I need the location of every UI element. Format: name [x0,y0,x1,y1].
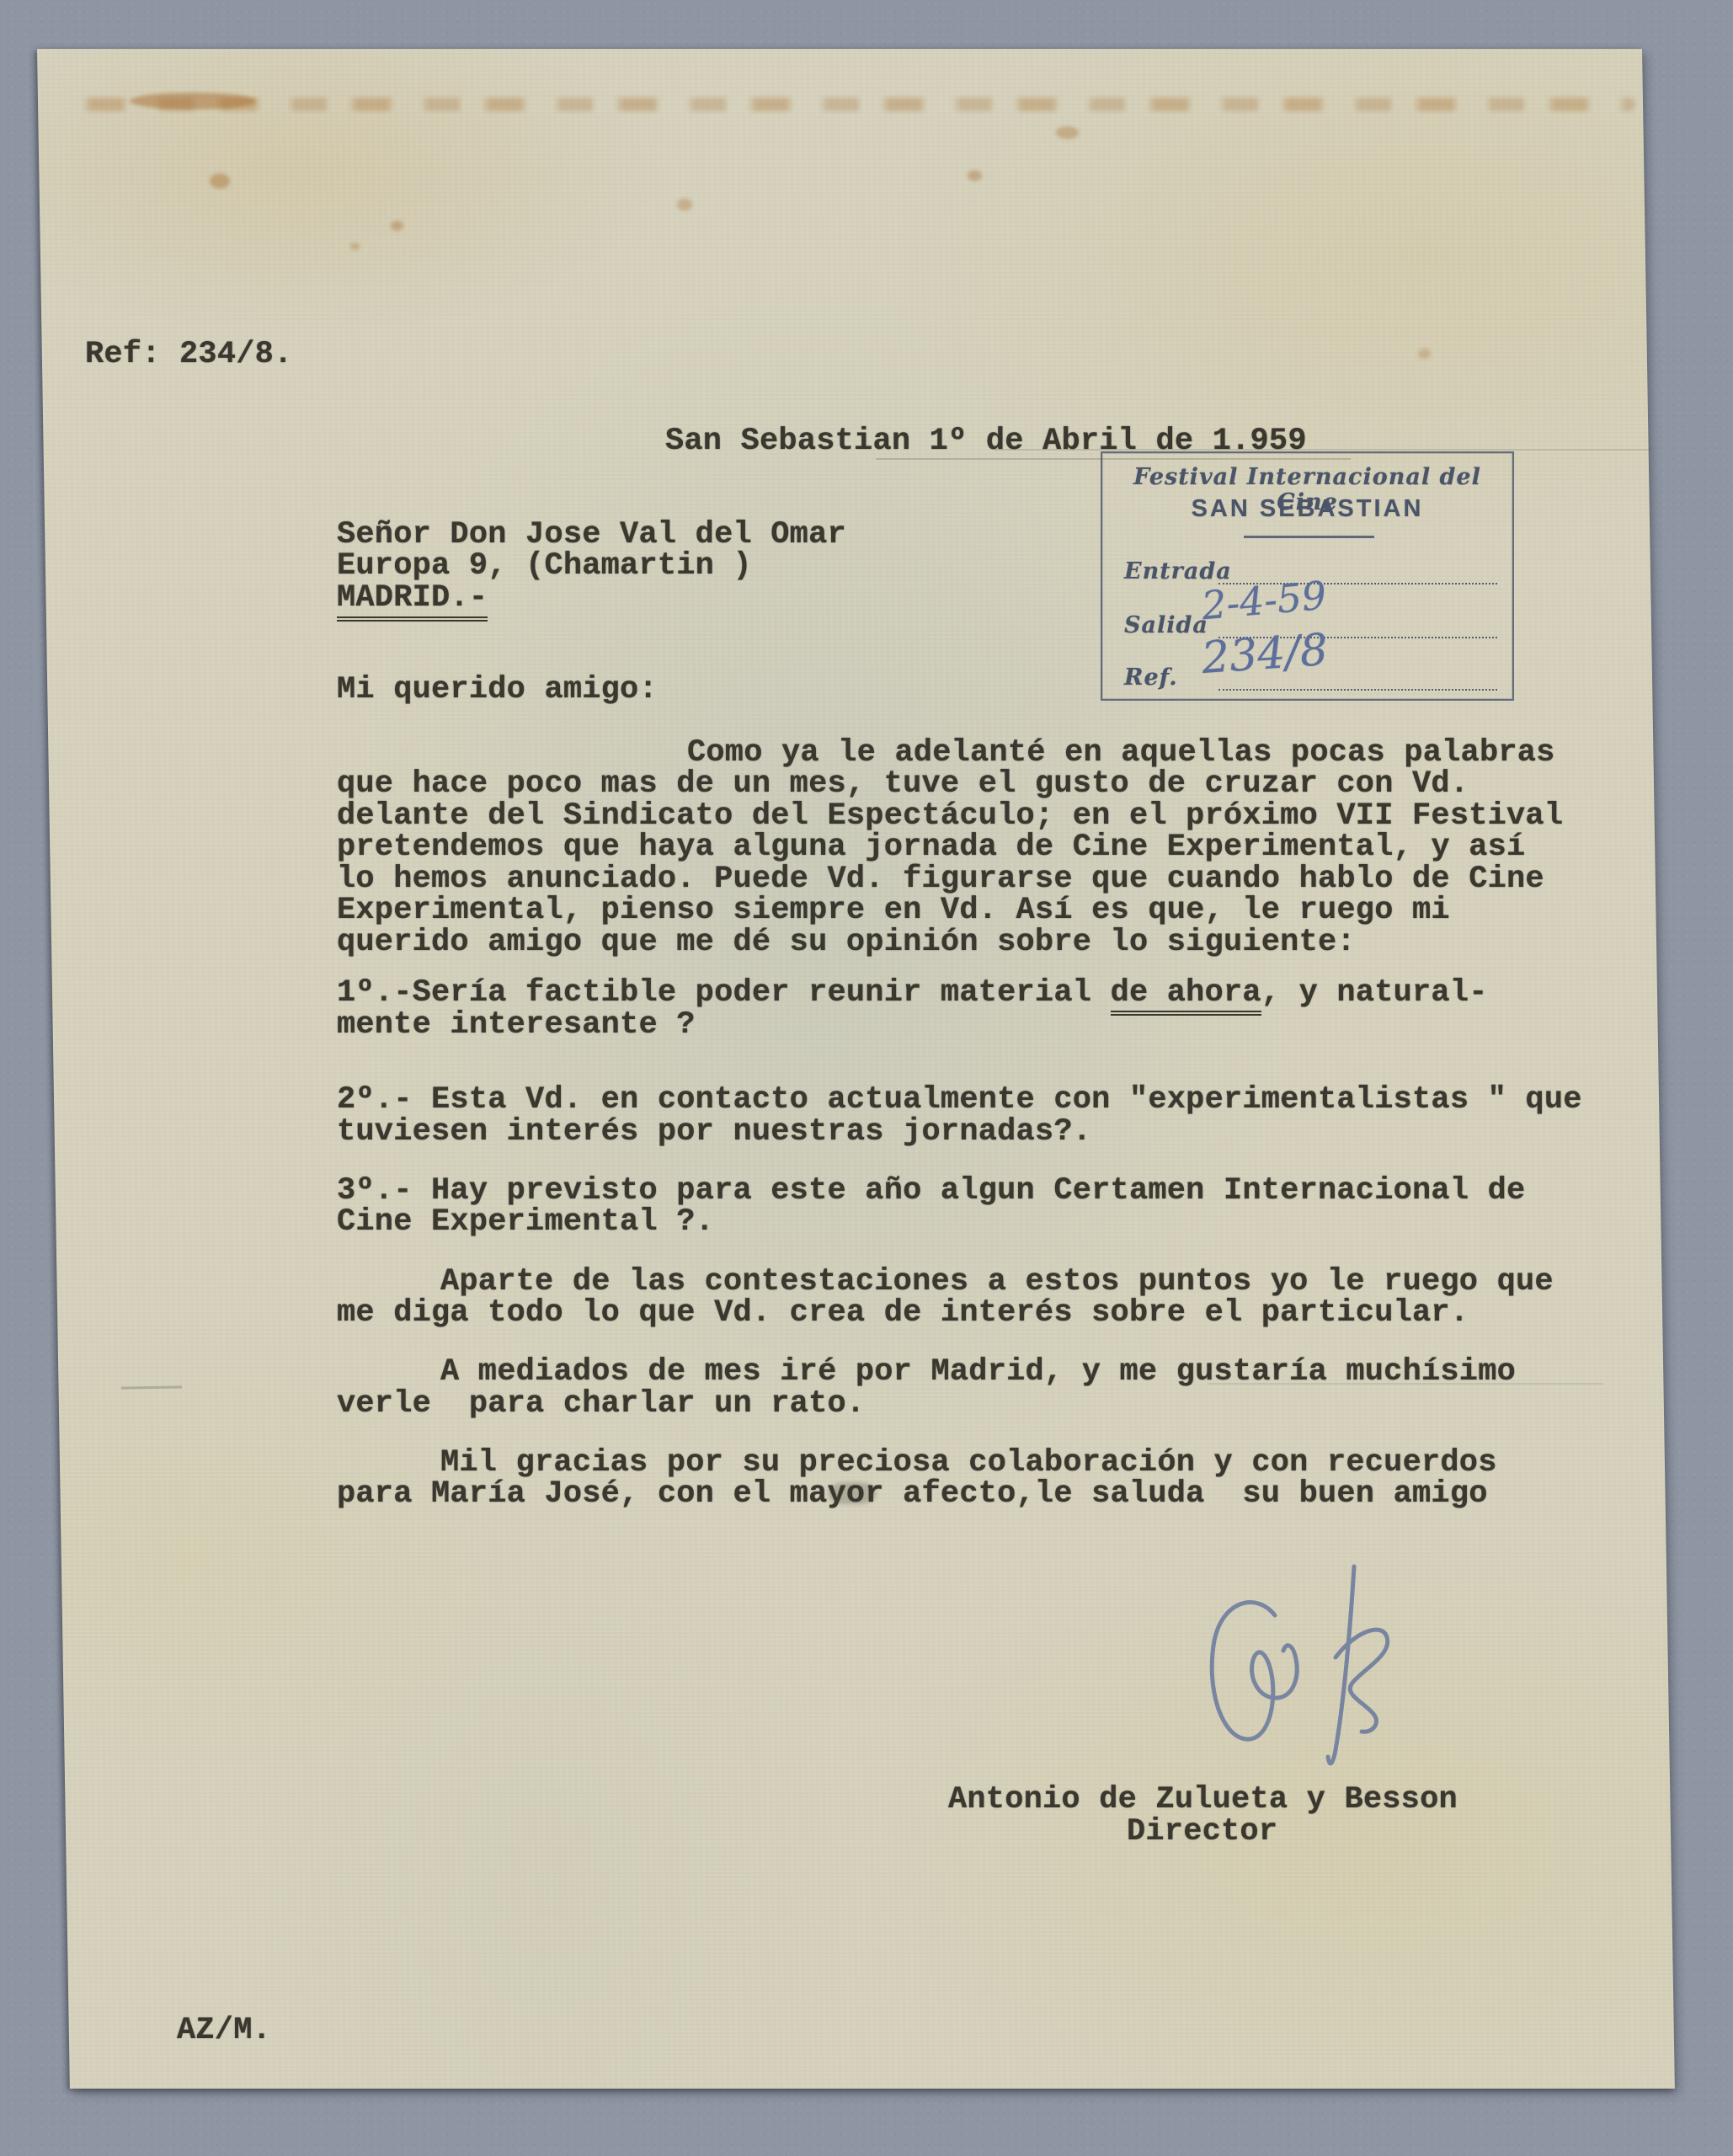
letter-content: Ref: 234/8. San Sebastian 1º de Abril de… [37,49,1642,2089]
letter-scan: { "colors": { "mat_background": "#8f96a3… [0,0,1733,2156]
reference-line: Ref: 234/8. [85,339,292,371]
signer-name: Antonio de Zulueta y Besson [948,1784,1458,1816]
rust-stain-band [61,98,1635,111]
body-line: lo hemos anunciado. Puede Vd. figurarse … [337,863,1544,895]
item1-line2: mente interesante ? [337,1009,696,1041]
body-line: Experimental, pienso siempre en Vd. Así … [337,894,1450,926]
body-line: para María José, con el mayor afecto,le … [337,1478,1488,1510]
item1-line1: 1º.-Sería factible poder reunir material… [337,977,1488,1009]
salutation: Mi querido amigo: [337,674,658,706]
recipient-city: MADRID.- [337,582,488,614]
body-line: me diga todo lo que Vd. crea de interés … [337,1297,1469,1329]
stain-spot [210,173,230,189]
stamp-field-label: Ref. [1124,665,1178,691]
body-line: que hace poco mas de un mes, tuve el gus… [337,768,1469,800]
stain-spot [391,221,403,231]
item1-underlined-text: de ahora [1111,975,1261,1016]
stamp-divider [1244,536,1374,538]
recipient-city-underlined: MADRID.- [337,580,488,622]
item3-line2: Cine Experimental ?. [337,1206,714,1238]
handwritten-salida-date: 2-4-59 [1200,576,1328,626]
body-line: Como ya le adelanté en aquellas pocas pa… [687,737,1555,769]
item2-line1: 2º.- Esta Vd. en contacto actualmente co… [337,1084,1582,1116]
pencil-dash [121,1385,182,1389]
stamp-field-label: Entrada [1124,559,1232,584]
handwritten-ref-number: 234/8 [1201,631,1330,678]
body-line: verle para charlar un rato. [337,1388,865,1420]
signer-title: Director [1127,1816,1277,1848]
body-line: A mediados de mes iré por Madrid, y me g… [440,1356,1516,1388]
recipient-line: Europa 9, (Chamartin ) [337,550,752,582]
stain-spot [130,93,256,109]
stain-spot [677,199,692,211]
stamp-field-label: Salida [1124,613,1208,638]
item1-text: , y natural- [1261,975,1488,1011]
registry-stamp: Festival Internacional del Cine SAN SEBA… [1101,451,1514,701]
recipient-line: Señor Don Jose Val del Omar [337,519,846,551]
body-line: delante del Sindicato del Espectáculo; e… [337,800,1563,832]
stamp-city: SAN SEBASTIAN [1102,495,1512,522]
stain-spot [968,170,982,181]
stamp-field-line [1218,689,1497,691]
item3-line1: 3º.- Hay previsto para este año algun Ce… [337,1175,1525,1207]
body-line: pretendemos que haya alguna jornada de C… [337,831,1525,863]
body-line: Aparte de las contestaciones a estos pun… [440,1266,1554,1298]
item2-line2: tuviesen interés por nuestras jornadas?. [337,1116,1091,1148]
body-line: querido amigo que me dé su opinión sobre… [337,926,1356,958]
body-line: Mil gracias por su preciosa colaboración… [440,1447,1497,1479]
stain-spot [1056,126,1079,139]
signature-scribble [1176,1558,1411,1811]
typist-initials: AZ/M. [177,2015,271,2047]
stain-spot [350,243,360,250]
item1-text: 1º.-Sería factible poder reunir material [337,975,1111,1011]
stain-spot [1418,349,1431,359]
